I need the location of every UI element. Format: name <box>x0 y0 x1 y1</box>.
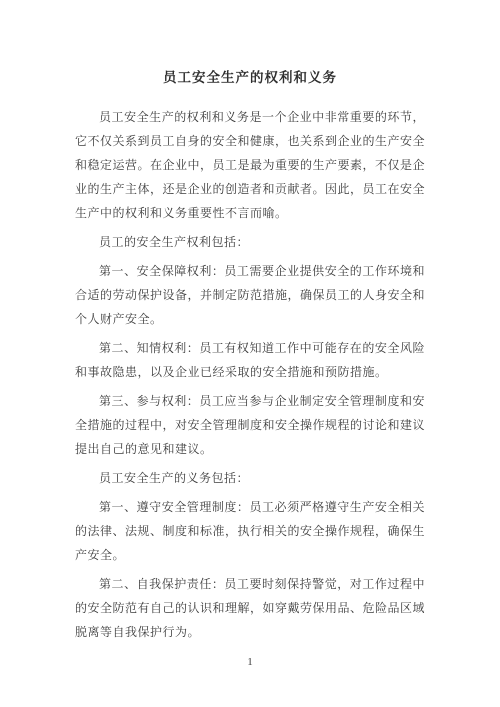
paragraph-right-1: 第一、安全保障权利：员工需要企业提供安全的工作环境和合适的劳动保护设备，并制定防… <box>75 259 425 331</box>
paragraph-right-2: 第二、知情权利：员工有权知道工作中可能存在的安全风险和事故隐患，以及企业已经采取… <box>75 336 425 384</box>
page-title: 员工安全生产的权利和义务 <box>75 70 425 86</box>
paragraph-duties-lead: 员工安全生产的义务包括： <box>75 466 425 490</box>
paragraph-rights-lead: 员工的安全生产权利包括： <box>75 230 425 254</box>
paragraph-intro: 员工安全生产的权利和义务是一个企业中非常重要的环节，它不仅关系到员工自身的安全和… <box>75 105 425 225</box>
page-number: 1 <box>0 655 500 669</box>
paragraph-right-3: 第三、参与权利：员工应当参与企业制定安全管理制度和安全措施的过程中，对安全管理制… <box>75 389 425 461</box>
paragraph-duty-2: 第二、自我保护责任：员工要时刻保持警觉，对工作过程中的安全防范有自己的认识和理解… <box>75 572 425 644</box>
paragraph-duty-1: 第一、遵守安全管理制度：员工必须严格遵守生产安全相关的法律、法规、制度和标准，执… <box>75 495 425 567</box>
document-page: 员工安全生产的权利和义务 员工安全生产的权利和义务是一个企业中非常重要的环节，它… <box>0 0 500 707</box>
